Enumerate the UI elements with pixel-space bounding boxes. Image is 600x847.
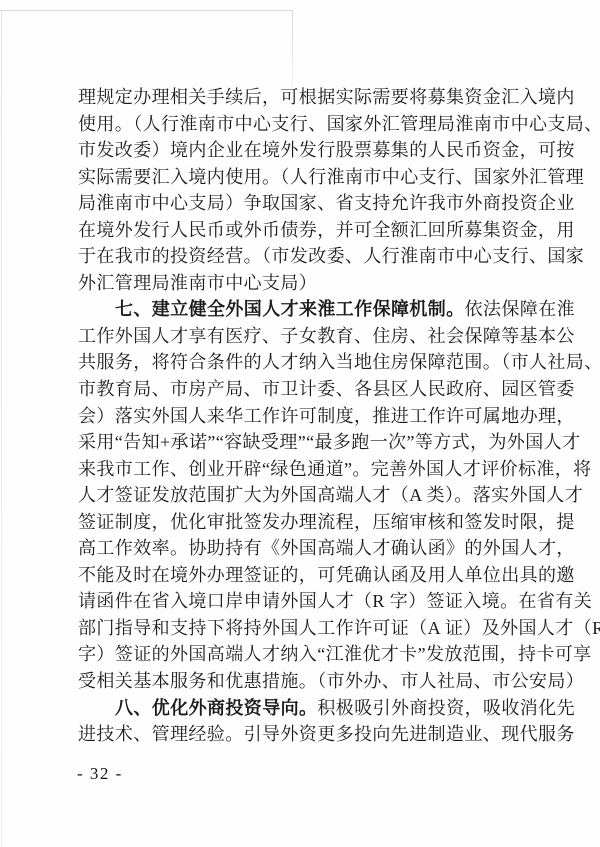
line-text: 采用“告知+承诺”“容缺受理”“最多跑一次”等方式，为外国人才	[78, 432, 580, 452]
section-heading-line-7: 七、建立健全外国人才来淮工作保障机制。依法保障在淮	[78, 296, 530, 323]
text-line: 在境外发行人民币或外币债券，并可全额汇回所募集资金，用	[78, 217, 530, 244]
scan-artifact-left-edge	[1, 10, 2, 847]
document-page: 理规定办理相关手续后，可根据实际需要将募集资金汇入境内 使用。（人行淮南市中心支…	[0, 0, 600, 847]
text-line: 实际需要汇入境内使用。（人行淮南市中心支行、国家外汇管理	[78, 164, 530, 191]
text-line: 市发改委）境内企业在境外发行股票募集的人民币资金，可按	[78, 137, 530, 164]
text-line: 不能及时在境外办理签证的，可凭确认函及用人单位出具的邀	[78, 562, 530, 589]
line-text: 市教育局、市房产局、市卫计委、各县区人民政府、园区管委	[78, 379, 575, 399]
text-line: 人才签证发放范围扩大为外国高端人才（A 类）。落实外国人才	[78, 482, 530, 509]
text-line: 使用。（人行淮南市中心支行、国家外汇管理局淮南市中心支局、	[78, 111, 530, 138]
text-line: 共服务，将符合条件的人才纳入当地住房保障范围。（市人社局、	[78, 349, 530, 376]
document-body: 理规定办理相关手续后，可根据实际需要将募集资金汇入境内 使用。（人行淮南市中心支…	[78, 84, 530, 748]
line-text: 签证制度，优化审批签发办理流程，压缩审核和签发时限，提	[78, 512, 575, 532]
line-text: 会）落实外国人来华工作许可制度，推进工作许可属地办理，	[78, 406, 575, 426]
line-text: 共服务，将符合条件的人才纳入当地住房保障范围。（市人社局、	[78, 352, 600, 372]
line-text: 使用。（人行淮南市中心支行、国家外汇管理局淮南市中心支局、	[78, 114, 600, 134]
text-line: 采用“告知+承诺”“容缺受理”“最多跑一次”等方式，为外国人才	[78, 429, 530, 456]
text-line: 局淮南市中心支局）争取国家、省支持允许我市外商投资企业	[78, 190, 530, 217]
line-text: 在境外发行人民币或外币债券，并可全额汇回所募集资金，用	[78, 220, 575, 240]
line-text: 积极吸引外商投资，吸收消化先	[317, 698, 575, 718]
text-line: 签证制度，优化审批签发办理流程，压缩审核和签发时限，提	[78, 509, 530, 536]
line-text: 请函件在省入境口岸申请外国人才（R 字）签证入境。在省有关	[78, 591, 592, 611]
section-heading-line-8: 八、优化外商投资导向。积极吸引外商投资，吸收消化先	[78, 695, 530, 722]
text-line: 部门指导和支持下将持外国人工作许可证（A 证）及外国人才（R	[78, 615, 530, 642]
scan-artifact-top-line	[0, 10, 292, 11]
text-line: 于在我市的投资经营。（市发改委、人行淮南市中心支行、国家	[78, 243, 530, 270]
line-text: 局淮南市中心支局）争取国家、省支持允许我市外商投资企业	[78, 193, 575, 213]
line-text: 外汇管理局淮南市中心支局）	[78, 273, 317, 293]
text-line: 市教育局、市房产局、市卫计委、各县区人民政府、园区管委	[78, 376, 530, 403]
text-line: 来我市工作、创业开辟“绿色通道”。完善外国人才评价标准，将	[78, 456, 530, 483]
text-line: 会）落实外国人来华工作许可制度，推进工作许可属地办理，	[78, 403, 530, 430]
line-text: 于在我市的投资经营。（市发改委、人行淮南市中心支行、国家	[78, 246, 584, 266]
line-text: 理规定办理相关手续后，可根据实际需要将募集资金汇入境内	[78, 87, 575, 107]
line-text: 依法保障在淮	[465, 299, 575, 319]
line-text: 实际需要汇入境内使用。（人行淮南市中心支行、国家外汇管理	[78, 167, 584, 187]
line-text: 人才签证发放范围扩大为外国高端人才（A 类）。落实外国人才	[78, 485, 583, 505]
line-text: 进技术、管理经验。引导外资更多投向先进制造业、现代服务	[78, 724, 575, 744]
text-line: 工作外国人才享有医疗、子女教育、住房、社会保障等基本公	[78, 323, 530, 350]
text-line: 请函件在省入境口岸申请外国人才（R 字）签证入境。在省有关	[78, 588, 530, 615]
line-text: 字）签证的外国高端人才纳入“江淮优才卡”发放范围，持卡可享	[78, 644, 592, 664]
text-line-paragraph-end: 外汇管理局淮南市中心支局）	[78, 270, 530, 297]
text-line: 进技术、管理经验。引导外资更多投向先进制造业、现代服务	[78, 721, 530, 748]
line-text: 来我市工作、创业开辟“绿色通道”。完善外国人才评价标准，将	[78, 459, 592, 479]
section-heading-bold: 八、优化外商投资导向。	[115, 698, 317, 718]
text-line: 理规定办理相关手续后，可根据实际需要将募集资金汇入境内	[78, 84, 530, 111]
line-text: 市发改委）境内企业在境外发行股票募集的人民币资金，可按	[78, 140, 575, 160]
text-line: 字）签证的外国高端人才纳入“江淮优才卡”发放范围，持卡可享	[78, 641, 530, 668]
section-heading-bold: 七、建立健全外国人才来淮工作保障机制。	[115, 299, 465, 319]
line-text: 不能及时在境外办理签证的，可凭确认函及用人单位出具的邀	[78, 565, 575, 585]
text-line: 受相关基本服务和优惠措施。（市外办、市人社局、市公安局）	[78, 668, 530, 695]
line-text: 受相关基本服务和优惠措施。（市外办、市人社局、市公安局）	[78, 671, 584, 691]
line-text: 部门指导和支持下将持外国人工作许可证（A 证）及外国人才（R	[78, 618, 600, 638]
line-text: 工作外国人才享有医疗、子女教育、住房、社会保障等基本公	[78, 326, 575, 346]
line-text: 高工作效率。协助持有《外国高端人才确认函》的外国人才，	[78, 538, 575, 558]
text-line: 高工作效率。协助持有《外国高端人才确认函》的外国人才，	[78, 535, 530, 562]
page-number: - 32 -	[77, 764, 123, 784]
